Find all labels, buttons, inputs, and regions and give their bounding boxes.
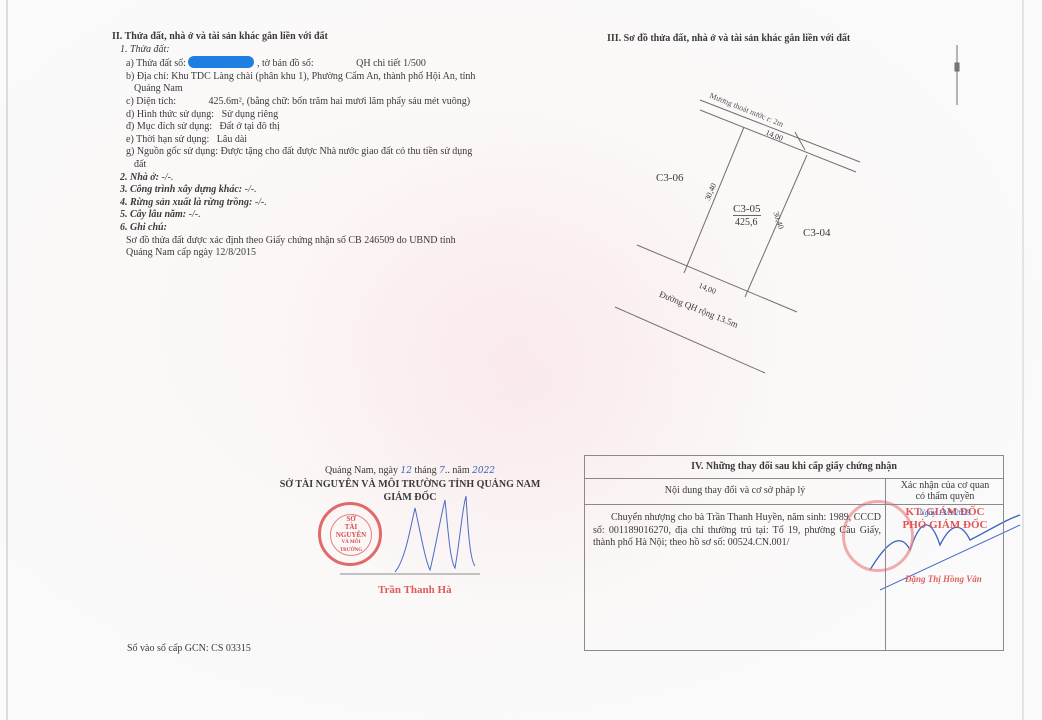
section-iv-title: IV. Những thay đổi sau khi cấp giấy chứn… [585,456,1003,479]
signer-name: Trần Thanh Hà [378,584,452,596]
col-header-confirm: Xác nhận của cơ quan có thẩm quyền [885,478,1005,502]
registry-value: CS 03315 [211,643,251,654]
col-header-content: Nội dung thay đổi và cơ sở pháp lý [585,478,885,504]
confirm-line2-wrap: PHÓ GIÁM ĐỐC [887,519,1003,532]
col-header-confirm-line1: Xác nhận của cơ quan [885,480,1005,491]
confirm-date: Ngày 13/9/2023 [887,506,1003,519]
confirm-signer: Đặng Thị Hồng Vân [905,574,982,584]
registry-label: Số vào sổ cấp GCN: [127,643,209,654]
confirmation: KT. GIÁM ĐỐC PHÓ GIÁM ĐỐC Ngày 13/9/2023 [887,506,1003,519]
changes-table: IV. Những thay đổi sau khi cấp giấy chứn… [584,455,1004,651]
header-divider [585,504,1003,505]
confirm-line2: PHÓ GIÁM ĐỐC [903,519,988,531]
registry-number: Số vào sổ cấp GCN: CS 03315 [127,643,251,654]
change-content: Chuyển nhượng cho bà Trần Thanh Huyền, n… [593,512,881,550]
certificate-page: II. Thửa đất, nhà ở và tài sản khác gắn … [0,0,1042,720]
col-header-confirm-line2: có thẩm quyền [885,491,1005,502]
